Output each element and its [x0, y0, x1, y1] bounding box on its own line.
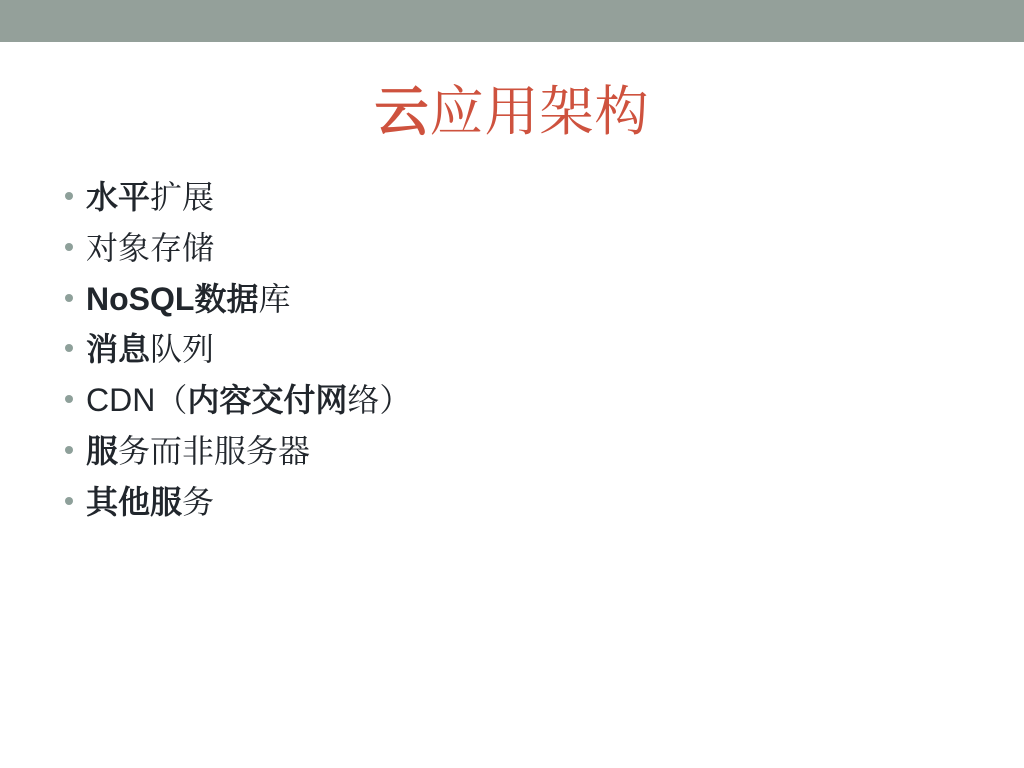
- text-segment: 水平: [86, 179, 150, 215]
- text-segment: 消息: [86, 331, 150, 367]
- text-segment: 库: [258, 281, 290, 317]
- slide-title: 云应用架构: [0, 84, 1024, 141]
- text-segment: 云: [375, 82, 430, 142]
- text-segment: 服: [86, 433, 118, 469]
- text-segment: 络）: [347, 382, 411, 418]
- text-segment: CDN（: [86, 382, 187, 418]
- list-item: NoSQL数据库: [65, 274, 994, 325]
- bullet-dot-icon: [65, 446, 73, 454]
- bullet-dot-icon: [65, 192, 73, 200]
- text-segment: NoSQL数据: [86, 281, 258, 317]
- bullet-list: 水平扩展对象存储NoSQL数据库消息队列CDN（内容交付网络）服务而非服务器其他…: [65, 172, 994, 528]
- slide-top-bar: [0, 0, 1024, 42]
- list-item: 消息队列: [65, 324, 994, 375]
- list-item: 其他服务: [65, 477, 994, 528]
- bullet-dot-icon: [65, 243, 73, 251]
- bullet-dot-icon: [65, 344, 73, 352]
- text-segment: 应用架构: [430, 82, 650, 142]
- text-segment: 其他服: [86, 484, 182, 520]
- text-segment: 内容交付网: [187, 382, 347, 418]
- slide: 云应用架构 水平扩展对象存储NoSQL数据库消息队列CDN（内容交付网络）服务而…: [0, 0, 1024, 768]
- bullet-dot-icon: [65, 395, 73, 403]
- text-segment: 务而非服务器: [118, 433, 310, 469]
- text-segment: 务: [182, 484, 214, 520]
- text-segment: 扩展: [150, 179, 214, 215]
- text-segment: 队列: [150, 331, 214, 367]
- list-item: CDN（内容交付网络）: [65, 375, 994, 426]
- text-segment: 对象存储: [86, 230, 214, 266]
- list-item: 服务而非服务器: [65, 426, 994, 477]
- list-item: 对象存储: [65, 223, 994, 274]
- list-item: 水平扩展: [65, 172, 994, 223]
- bullet-dot-icon: [65, 497, 73, 505]
- bullet-dot-icon: [65, 294, 73, 302]
